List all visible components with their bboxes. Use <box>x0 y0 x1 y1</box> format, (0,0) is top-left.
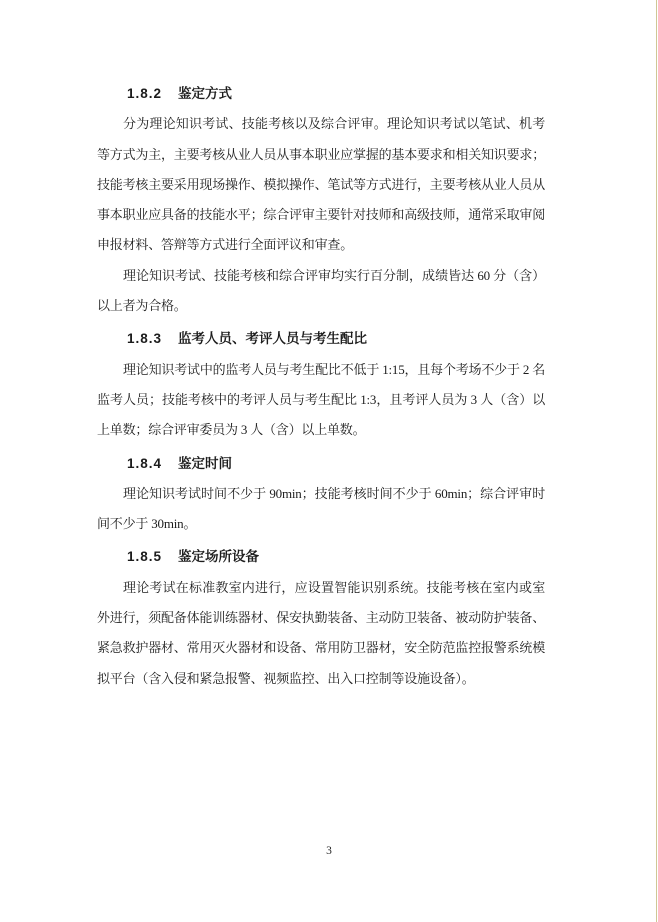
body-paragraph: 理论知识考试、技能考核和综合评审均实行百分制，成绩皆达 60 分（含）以上者为合… <box>97 261 545 322</box>
page-edge-line <box>656 0 657 922</box>
page-number: 3 <box>326 845 332 857</box>
document-page: 1.8.2鉴定方式分为理论知识考试、技能考核以及综合评审。理论知识考试以笔试、机… <box>0 0 658 922</box>
section-heading-1-8-3: 1.8.3监考人员、考评人员与考生配比 <box>97 324 545 354</box>
body-paragraph: 理论考试在标准教室内进行，应设置智能识别系统。技能考核在室内或室外进行，须配备体… <box>97 573 545 694</box>
heading-title: 鉴定方式 <box>178 86 232 101</box>
body-paragraph: 理论知识考试中的监考人员与考生配比不低于 1:15，且每个考场不少于 2 名监考… <box>97 355 545 446</box>
body-paragraph: 分为理论知识考试、技能考核以及综合评审。理论知识考试以笔试、机考等方式为主，主要… <box>97 109 545 260</box>
page-footer: 3 <box>0 841 658 859</box>
heading-title: 鉴定场所设备 <box>178 549 259 564</box>
heading-number: 1.8.4 <box>127 456 162 471</box>
section-heading-1-8-5: 1.8.5鉴定场所设备 <box>97 542 545 572</box>
heading-number: 1.8.3 <box>127 331 162 346</box>
section-heading-1-8-4: 1.8.4鉴定时间 <box>97 449 545 479</box>
heading-number: 1.8.5 <box>127 549 162 564</box>
heading-number: 1.8.2 <box>127 86 162 101</box>
heading-title: 鉴定时间 <box>178 456 232 471</box>
section-heading-1-8-2: 1.8.2鉴定方式 <box>97 79 545 109</box>
document-body: 1.8.2鉴定方式分为理论知识考试、技能考核以及综合评审。理论知识考试以笔试、机… <box>97 76 545 694</box>
body-paragraph: 理论知识考试时间不少于 90min；技能考核时间不少于 60min；综合评审时间… <box>97 479 545 540</box>
heading-title: 监考人员、考评人员与考生配比 <box>178 331 367 346</box>
